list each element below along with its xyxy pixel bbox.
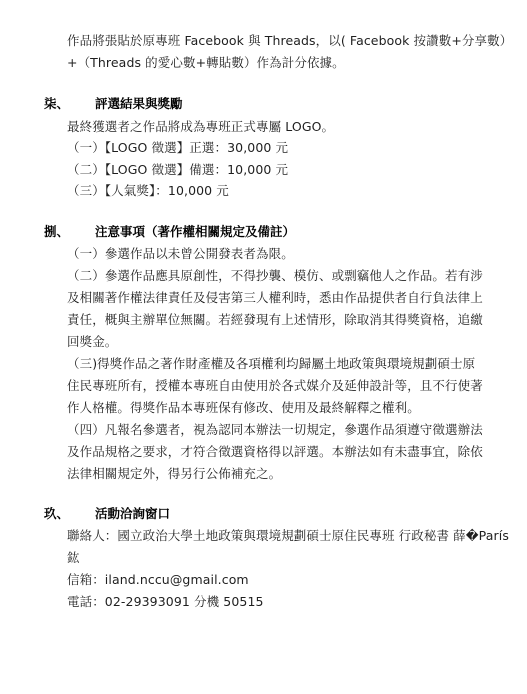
section-8-line: 回獎金。 (67, 334, 117, 350)
section-7-prize-3: （三）【人氣獎】：10,000 元 (67, 183, 229, 199)
contact-person: 聯絡人：國立政治大學土地政策與環境規劃碩士原住民專班 行政秘書 薛�París (67, 528, 509, 544)
intro-line-2: +（Threads 的愛心數+轉貼數）作為計分依據。 (67, 55, 345, 71)
section-8-title: 注意事項（著作權相關規定及備註） (95, 224, 295, 240)
section-8-line: （二）參選作品應具原創性，不得抄襲、模仿、或剽竊他人之作品。若有涉 (67, 268, 483, 284)
contact-phone: 電話：02-29393091 分機 50515 (67, 594, 264, 610)
section-8-line: 住民專班所有，授權本專班自由使用於各式媒介及延伸設計等，且不行使著 (67, 378, 483, 394)
section-8-line: 及作品規格之要求，才符合徵選資格得以評選。本辦法如有未盡事宜，除依 (67, 444, 483, 460)
section-7-number: 柒、 (44, 96, 69, 112)
document-page: 作品將張貼於原專班 Facebook 與 Threads，以( Facebook… (0, 0, 527, 694)
contact-email: 信箱：iland.nccu@gmail.com (67, 572, 249, 588)
section-7-prize-2: （二）【LOGO 徵選】備選：10,000 元 (67, 162, 288, 178)
section-8-line: 作人格權。得獎作品本專班保有修改、使用及最終解釋之權利。 (67, 400, 420, 416)
section-9-title: 活動洽詢窗口 (95, 506, 170, 522)
section-7-prize-1: （一）【LOGO 徵選】正選：30,000 元 (67, 140, 288, 156)
section-8-line: （一）參選作品以未曾公開發表者為限。 (67, 246, 294, 262)
intro-line-1: 作品將張貼於原專班 Facebook 與 Threads，以( Facebook… (67, 33, 512, 49)
section-7-line: 最終獲選者之作品將成為專班正式專屬 LOGO。 (67, 119, 334, 135)
section-9-number: 玖、 (44, 506, 69, 522)
section-8-line: 法律相關規定外，得另行公佈補充之。 (67, 466, 281, 482)
section-8-line: 及相關著作權法律責任及侵害第三人權利時，悉由作品提供者自行負法律上 (67, 290, 483, 306)
contact-person-cont: 鈜 (67, 550, 80, 566)
section-8-line: （三)得獎作品之著作財產權及各項權利均歸屬土地政策與環境規劃碩士原 (67, 356, 475, 372)
section-8-line: （四）凡報名參選者，視為認同本辦法一切規定，參選作品須遵守徵選辦法 (67, 422, 483, 438)
section-7-title: 評選結果與獎勵 (95, 96, 183, 112)
section-8-line: 責任，概與主辦單位無關。若經發現有上述情形，除取消其得獎資格，追繳 (67, 312, 483, 328)
section-8-number: 捌、 (44, 224, 69, 240)
